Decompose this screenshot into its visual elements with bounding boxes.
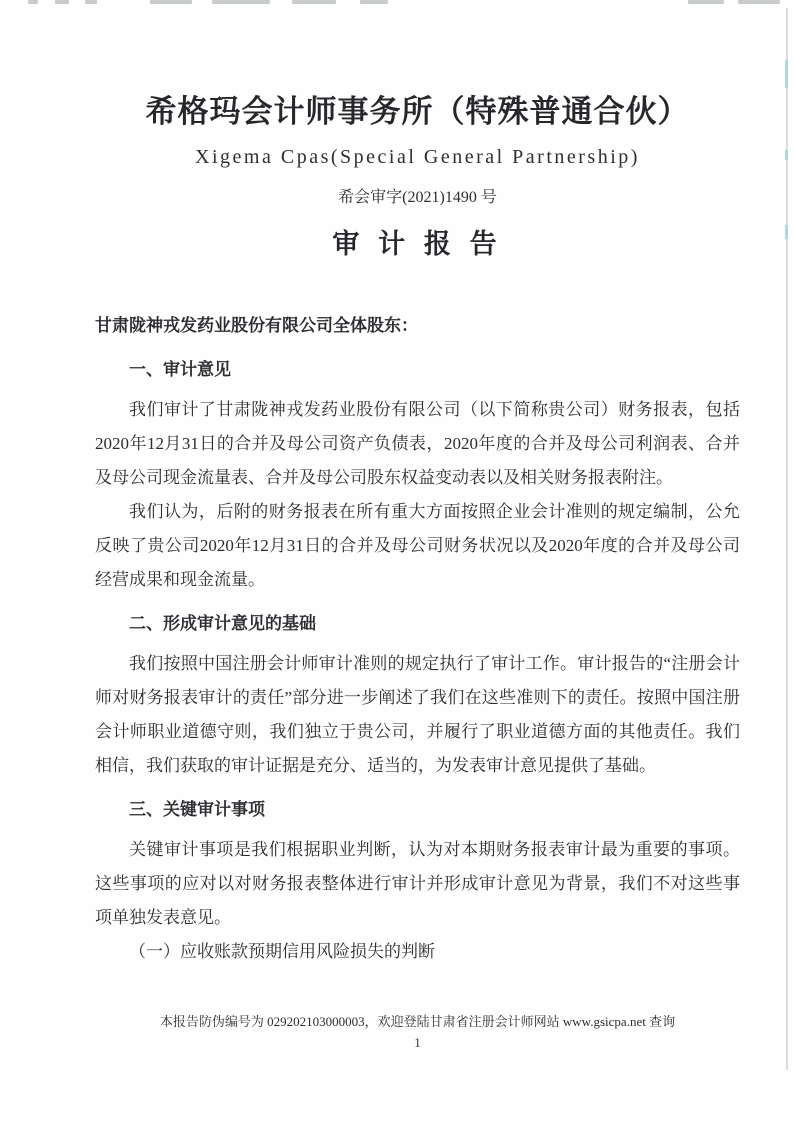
scan-artifact-top-edge: [28, 0, 38, 4]
paragraph: 我们认为，后附的财务报表在所有重大方面按照企业会计准则的规定编制，公允反映了贵公…: [95, 495, 740, 597]
section-heading-key-audit-matters: 三、关键审计事项: [95, 793, 740, 827]
page-number: 1: [95, 1033, 740, 1053]
section-heading-basis-for-opinion: 二、形成审计意见的基础: [95, 607, 740, 641]
reference-number: 希会审字(2021)1490 号: [95, 187, 740, 209]
section-heading-audit-opinion: 一、审计意见: [95, 353, 740, 387]
scan-artifact-right-edge-line: [786, 8, 788, 1070]
report-header: 希格玛会计师事务所（特殊普通合伙） Xigema Cpas(Special Ge…: [95, 0, 740, 263]
document-content: 希格玛会计师事务所（特殊普通合伙） Xigema Cpas(Special Ge…: [95, 0, 740, 969]
subsection-heading-receivables-credit-loss: （一）应收账款预期信用风险损失的判断: [95, 935, 740, 969]
anti-counterfeit-note: 本报告防伪编号为 029202103000003，欢迎登陆甘肃省注册会计师网站 …: [95, 1012, 740, 1032]
paragraph: 关键审计事项是我们根据职业判断，认为对本期财务报表审计最为重要的事项。这些事项的…: [95, 833, 740, 935]
audit-report-scanned-page: 希格玛会计师事务所（特殊普通合伙） Xigema Cpas(Special Ge…: [0, 0, 793, 1122]
paragraph: 我们审计了甘肃陇神戎发药业股份有限公司（以下简称贵公司）财务报表，包括2020年…: [95, 393, 740, 495]
report-title: 审 计 报 告: [95, 225, 740, 263]
scan-artifact-top-edge: [738, 0, 780, 4]
scan-artifact-right-tick: [785, 150, 788, 160]
scan-artifact-right-tick: [785, 225, 788, 239]
scan-artifact-right-tick: [785, 60, 788, 88]
paragraph: 我们按照中国注册会计师审计准则的规定执行了审计工作。审计报告的“注册会计师对财务…: [95, 647, 740, 783]
firm-name-english: Xigema Cpas(Special General Partnership): [95, 143, 740, 171]
firm-name-chinese: 希格玛会计师事务所（特殊普通合伙）: [95, 90, 740, 133]
scan-artifact-top-edge: [55, 0, 69, 4]
addressee-line: 甘肃陇神戎发药业股份有限公司全体股东：: [95, 309, 740, 343]
report-footer: 本报告防伪编号为 029202103000003，欢迎登陆甘肃省注册会计师网站 …: [95, 1012, 740, 1053]
report-body: 甘肃陇神戎发药业股份有限公司全体股东： 一、审计意见 我们审计了甘肃陇神戎发药业…: [95, 309, 740, 969]
